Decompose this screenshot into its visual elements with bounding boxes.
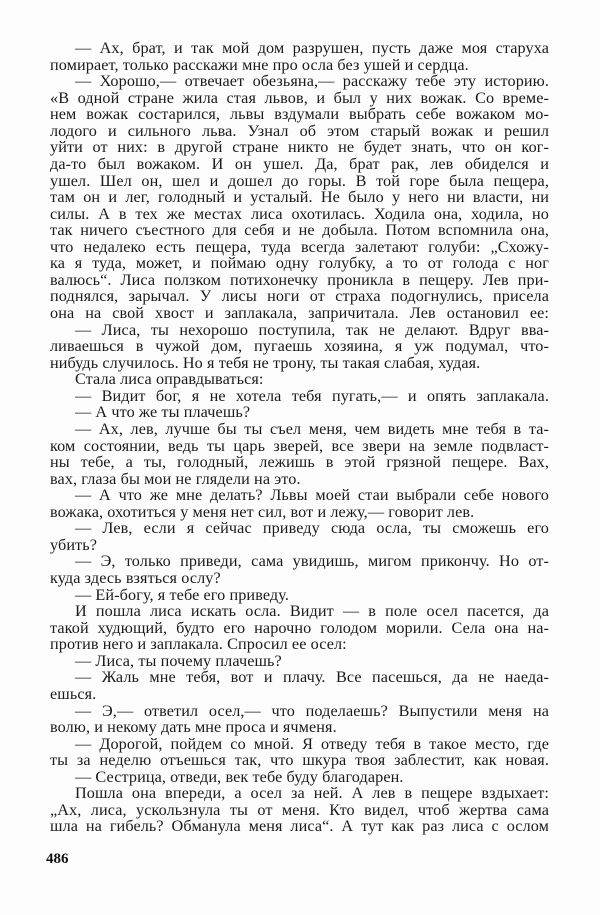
text-line: — Лиса, ты нехорошо поступила, так не де… bbox=[50, 322, 549, 339]
text-line: валюсь“. Лиса ползком потихонечку проник… bbox=[50, 272, 549, 289]
text-line: — Сестрица, отведи, век тебе буду благод… bbox=[50, 769, 549, 786]
text-line: ешься. bbox=[50, 686, 549, 703]
text-line: ушел. Шел он, шел и дошел до горы. В той… bbox=[50, 173, 549, 190]
text-line: вах, глаза бы мои не глядели на это. bbox=[50, 471, 549, 488]
text-line: она на свой хвост и заплакала, запричита… bbox=[50, 305, 549, 322]
text-line: помирает, только расскажи мне про осла б… bbox=[50, 57, 549, 74]
text-line: силы. А в тех же местах лиса охотилась. … bbox=[50, 206, 549, 223]
text-line: — Дорогой, пойдем со мной. Я отведу тебя… bbox=[50, 736, 549, 753]
text-line: куда здесь взяться ослу? bbox=[50, 570, 549, 587]
text-line: да-то был вожаком. И он ушел. Да, брат р… bbox=[50, 156, 549, 173]
text-line: — А что же ты плачешь? bbox=[50, 404, 549, 421]
text-line: — Лев, если я сейчас приведу сюда осла, … bbox=[50, 520, 549, 537]
text-line: нем вожак состарился, львы вздумали выбр… bbox=[50, 106, 549, 123]
text-line: нибудь случилось. Но я тебя не трону, ты… bbox=[50, 355, 549, 372]
text-line: вожака, охотиться у меня нет сил, вот и … bbox=[50, 504, 549, 521]
page-number: 486 bbox=[46, 851, 69, 868]
text-line: И пошла лиса искать осла. Видит — в поле… bbox=[50, 603, 549, 620]
text-line: — Ах, брат, и так мой дом разрушен, пуст… bbox=[50, 40, 549, 57]
book-page: — Ах, брат, и так мой дом разрушен, пуст… bbox=[0, 0, 600, 915]
text-line: такой худющий, будто его нарочно голодом… bbox=[50, 620, 549, 637]
text-line: лодого и сильного льва. Узнал об этом ст… bbox=[50, 123, 549, 140]
body-text: — Ах, брат, и так мой дом разрушен, пуст… bbox=[50, 40, 549, 835]
text-line: ливаешься в чужой дом, пугаешь хозяина, … bbox=[50, 338, 549, 355]
text-line: — Э, только приведи, сама увидишь, мигом… bbox=[50, 553, 549, 570]
text-line: „Ах, лиса, ускользнула ты от меня. Кто в… bbox=[50, 802, 549, 819]
text-line: — А что же мне делать? Львы моей стаи вы… bbox=[50, 487, 549, 504]
text-line: — Ах, лев, лучше бы ты съел меня, чем ви… bbox=[50, 421, 549, 438]
text-line: Пошла она впереди, а осел за ней. А лев … bbox=[50, 785, 549, 802]
text-line: — Жаль мне тебя, вот и плачу. Все пасешь… bbox=[50, 669, 549, 686]
text-line: Стала лиса оправдываться: bbox=[50, 371, 549, 388]
text-line: против него и заплакала. Спросил ее осел… bbox=[50, 636, 549, 653]
text-line: так ничего съестного для себя и не добыл… bbox=[50, 222, 549, 239]
text-line: — Хорошо,— отвечает обезьяна,— расскажу … bbox=[50, 73, 549, 90]
text-line: — Лиса, ты почему плачешь? bbox=[50, 653, 549, 670]
text-line: ты за неделю отъешься так, что шкура тво… bbox=[50, 752, 549, 769]
text-line: волю, и некому дать мне проса и ячменя. bbox=[50, 719, 549, 736]
text-line: убить? bbox=[50, 537, 549, 554]
text-line: что недалеко есть пещера, туда всегда за… bbox=[50, 239, 549, 256]
text-line: уйти от них: в другой стране никто не бу… bbox=[50, 139, 549, 156]
text-line: — Видит бог, я не хотела тебя пугать,— и… bbox=[50, 388, 549, 405]
text-line: шла на гибель? Обманула меня лиса“. А ту… bbox=[50, 818, 549, 835]
text-line: ка я туда, может, и поймаю одну голубку,… bbox=[50, 255, 549, 272]
text-line: — Э,— ответил осел,— что поделаешь? Выпу… bbox=[50, 703, 549, 720]
text-line: — Ей-богу, я тебе его приведу. bbox=[50, 587, 549, 604]
text-line: там он и лег, голодный и усталый. Не был… bbox=[50, 189, 549, 206]
text-line: ны тебе, а ты, голодный, лежишь в этой г… bbox=[50, 454, 549, 471]
text-line: «В одной стране жила стая львов, и был у… bbox=[50, 90, 549, 107]
text-line: ком состоянии, ведь ты царь зверей, все … bbox=[50, 438, 549, 455]
text-line: поднялся, зарычал. У лисы ноги от страха… bbox=[50, 288, 549, 305]
